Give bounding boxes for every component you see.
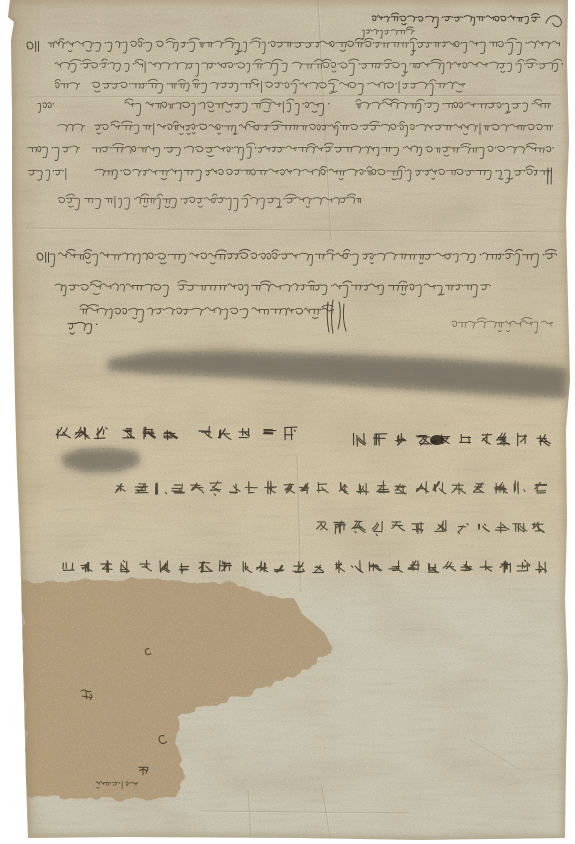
paper-surface: brown water stain, lower left dark ink s… xyxy=(0,0,575,844)
manuscript-sheet: Photographed manuscript sheet with Tibet… xyxy=(0,0,575,844)
paper-left-edge-browning xyxy=(0,0,45,844)
paper-grain-light xyxy=(0,0,575,844)
manuscript-photo: Photographed manuscript sheet with Tibet… xyxy=(0,0,575,844)
ink-blot-mark: ink blot within Chinese line 1 xyxy=(430,435,444,445)
